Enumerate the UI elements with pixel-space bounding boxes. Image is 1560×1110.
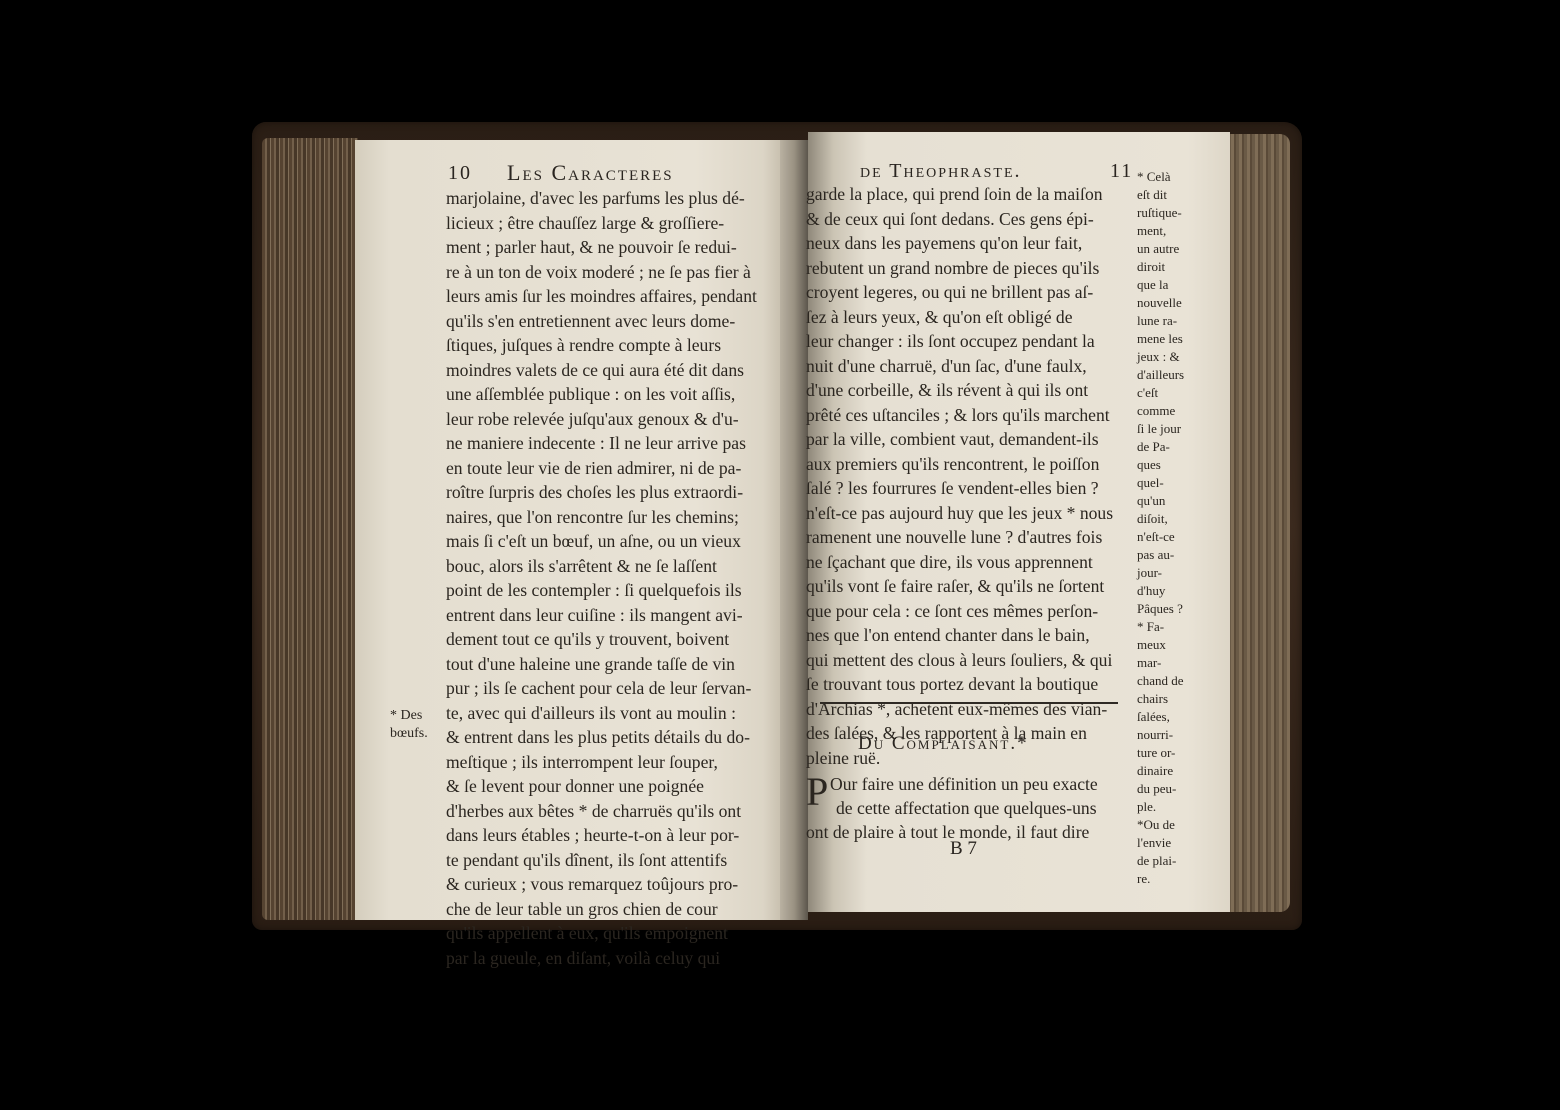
- text-line: d'une corbeille, & ils révent à qui ils …: [806, 378, 1113, 403]
- text-line: ne maniere indecente : Il ne leur arrive…: [446, 431, 757, 456]
- right-running-head: de Theophraste.: [860, 160, 1022, 183]
- text-line: ſtiques, juſques à rendre compte à leurs: [446, 333, 757, 358]
- text-line: Our faire une définition un peu exacte: [830, 772, 1098, 797]
- text-line: licieux ; être chauſſez large & groſſier…: [446, 211, 757, 236]
- text-line: re à un ton de voix moderé ; ne ſe pas f…: [446, 260, 757, 285]
- text-line: que pour cela : ce ſont ces mêmes perſon…: [806, 599, 1113, 624]
- page-edges-left: [262, 138, 358, 920]
- text-line: en toute leur vie de rien admirer, ni de…: [446, 456, 757, 481]
- text-line: par la ville, combient vaut, demandent-i…: [806, 427, 1113, 452]
- text-line: dans leurs étables ; heurte-t-on à leur …: [446, 823, 757, 848]
- left-page-text: marjolaine, d'avec les parfums les plus …: [446, 186, 757, 970]
- text-line: te pendant qu'ils dînent, ils ſont atten…: [446, 848, 757, 873]
- text-line: leur changer : ils ſont occupez pendant …: [806, 329, 1113, 354]
- text-line: leurs amis ſur les moindres affaires, pe…: [446, 284, 757, 309]
- text-line: croyent legeres, ou qui ne brillent pas …: [806, 280, 1113, 305]
- text-line: prêté ces uſtanciles ; & lors qu'ils mar…: [806, 403, 1113, 428]
- text-line: ſalé ? les fourrures ſe vendent-elles bi…: [806, 476, 1113, 501]
- right-page-text: garde la place, qui prend ſoin de la mai…: [806, 182, 1113, 770]
- left-margin-note: * Des bœufs.: [390, 706, 428, 742]
- text-line: nes que l'on entend chanter dans le bain…: [806, 623, 1113, 648]
- text-line: d'herbes aux bêtes * de charruës qu'ils …: [446, 799, 757, 824]
- text-line: naires, que l'on rencontre ſur les chemi…: [446, 505, 757, 530]
- text-line: ſez à leurs yeux, & qu'on eſt obligé de: [806, 305, 1113, 330]
- section-divider: [820, 702, 1118, 704]
- text-line: rebutent un grand nombre de pieces qu'il…: [806, 256, 1113, 281]
- text-line: ont de plaire à tout le monde, il faut d…: [806, 820, 1089, 845]
- text-line: neux dans les payemens qu'on leur fait,: [806, 231, 1113, 256]
- text-line: point de les contempler : ſi quelquefois…: [446, 578, 757, 603]
- text-line: mais ſi c'eſt un bœuf, un aſne, ou un vi…: [446, 529, 757, 554]
- text-line: une aſſemblée publique : on les voit aſſ…: [446, 382, 757, 407]
- text-line: moindres valets de ce qui aura été dit d…: [446, 358, 757, 383]
- printer-signature: B 7: [950, 838, 977, 860]
- text-line: d'Archias *, achetent eux-mêmes des vian…: [806, 697, 1113, 722]
- text-line: entrent dans leur cuiſine : ils mangent …: [446, 603, 757, 628]
- text-line: aux premiers qu'ils rencontrent, le poiſ…: [806, 452, 1113, 477]
- section-title: Du Complaisant.*: [858, 733, 1029, 755]
- section-text-third: ont de plaire à tout le monde, il faut d…: [806, 820, 1089, 845]
- text-line: n'eſt-ce pas aujourd huy que les jeux * …: [806, 501, 1113, 526]
- text-line: pur ; ils ſe cachent pour cela de leur ſ…: [446, 676, 757, 701]
- drop-cap: P: [806, 772, 828, 812]
- text-line: garde la place, qui prend ſoin de la mai…: [806, 182, 1113, 207]
- text-line: te, avec qui d'ailleurs ils vont au moul…: [446, 701, 757, 726]
- text-line: tout d'une haleine une grande taſſe de v…: [446, 652, 757, 677]
- text-line: ramenent une nouvelle lune ? d'autres fo…: [806, 525, 1113, 550]
- text-line: qu'ils appellent à eux, qu'ils empoignen…: [446, 921, 757, 946]
- left-running-head: Les Caracteres: [507, 160, 674, 186]
- text-line: & curieux ; vous remarquez toûjours pro-: [446, 872, 757, 897]
- text-line: ment ; parler haut, & ne pouvoir ſe redu…: [446, 235, 757, 260]
- section-text-first: Our faire une définition un peu exacte: [830, 772, 1098, 797]
- text-line: de cette affectation que quelques-uns: [836, 796, 1097, 821]
- page-edges-right: [1228, 134, 1290, 912]
- text-line: che de leur table un gros chien de cour: [446, 897, 757, 922]
- text-line: leur robe relevée juſqu'aux genoux & d'u…: [446, 407, 757, 432]
- text-line: meſtique ; ils interrompent leur ſouper,: [446, 750, 757, 775]
- text-line: qui mettent des clous à leurs ſouliers, …: [806, 648, 1113, 673]
- right-page-number: 11: [1110, 160, 1133, 183]
- text-line: bouc, alors ils s'arrêtent & ne ſe laſſe…: [446, 554, 757, 579]
- text-line: qu'ils s'en entretiennent avec leurs dom…: [446, 309, 757, 334]
- text-line: ne ſçachant que dire, ils vous apprennen…: [806, 550, 1113, 575]
- text-line: ſe trouvant tous portez devant la boutiq…: [806, 672, 1113, 697]
- text-line: & entrent dans les plus petits détails d…: [446, 725, 757, 750]
- text-line: dement tout ce qu'ils y trouvent, boiven…: [446, 627, 757, 652]
- text-line: par la gueule, en diſant, voilà celuy qu…: [446, 946, 757, 971]
- text-line: roître ſurpris des choſes les plus extra…: [446, 480, 757, 505]
- book-gutter: [780, 140, 808, 920]
- right-margin-notes: * Celà eſt dit ruſtique- ment, un autre …: [1137, 168, 1184, 888]
- left-page-number: 10: [448, 162, 472, 185]
- text-line: qu'ils vont ſe faire raſer, & qu'ils ne …: [806, 574, 1113, 599]
- text-line: marjolaine, d'avec les parfums les plus …: [446, 186, 757, 211]
- text-line: & ſe levent pour donner une poignée: [446, 774, 757, 799]
- text-line: nuit d'une charruë, d'un ſac, d'une faul…: [806, 354, 1113, 379]
- text-line: & de ceux qui ſont dedans. Ces gens épi-: [806, 207, 1113, 232]
- section-text-second: de cette affectation que quelques-uns: [836, 796, 1097, 821]
